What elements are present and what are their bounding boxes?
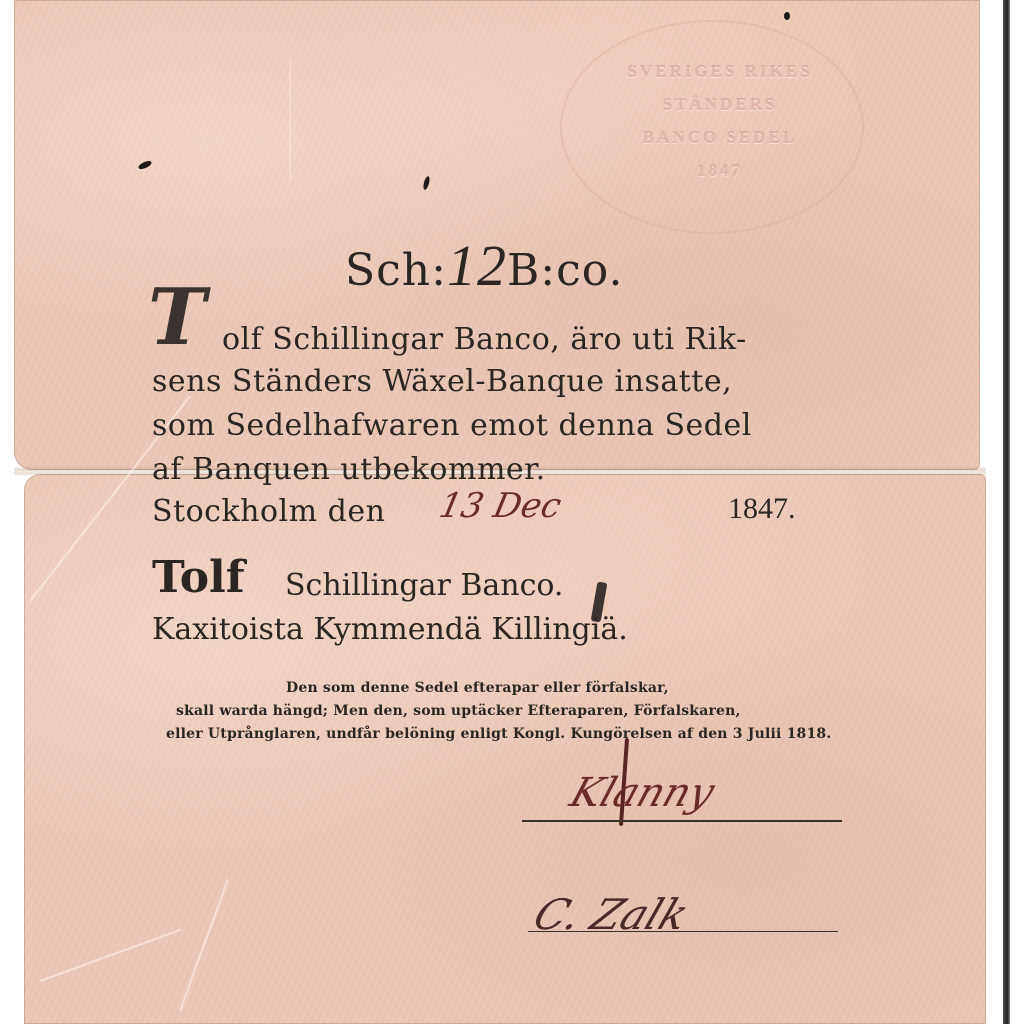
- handwritten-date: 13 Dec: [436, 486, 565, 526]
- body-line: sens Ständers Wäxel-Banque insatte,: [152, 364, 732, 399]
- counterfeit-warning-line: eller Utprånglaren, undfår belöning enli…: [166, 726, 831, 742]
- signature-1: Klanny: [565, 770, 721, 816]
- body-line: af Banquen utbekommer.: [152, 452, 546, 487]
- counterfeit-warning-line: skall warda hängd; Men den, som uptäcker…: [176, 703, 741, 719]
- finnish-amount-line: Kaxitoista Kymmendä Killingiä.: [152, 612, 628, 647]
- denomination-suffix: B:co.: [507, 245, 624, 296]
- issue-year: 1847.: [728, 492, 796, 526]
- signature-line-2: [528, 931, 838, 932]
- signature-line-1: [522, 820, 842, 822]
- watermark-line: 1847: [590, 154, 850, 187]
- watermark-line: BANCO SEDEL: [590, 121, 850, 154]
- body-line: olf Schillingar Banco, äro uti Rik-: [222, 322, 747, 357]
- frame-border-line: [1003, 0, 1010, 1024]
- place-date-line: Stockholm den: [152, 494, 385, 529]
- denomination-number: 12: [447, 233, 507, 298]
- watermark-text: SVERIGES RIKES STÄNDERS BANCO SEDEL 1847: [590, 55, 850, 187]
- amount-word-large: Tolf: [152, 552, 245, 603]
- body-line: som Sedelhafwaren emot denna Sedel: [152, 408, 752, 443]
- counterfeit-warning-line: Den som denne Sedel efterapar eller förf…: [286, 680, 669, 696]
- paper-crack: [289, 61, 291, 181]
- amount-word-rest: Schillingar Banco.: [285, 568, 563, 603]
- watermark-line: STÄNDERS: [590, 88, 850, 121]
- scan-canvas: SVERIGES RIKES STÄNDERS BANCO SEDEL 1847…: [0, 0, 1024, 1024]
- denomination-prefix: Sch:: [345, 245, 447, 296]
- drop-cap-letter: T: [148, 278, 220, 358]
- ink-blot: [784, 12, 790, 20]
- watermark-line: SVERIGES RIKES: [590, 55, 850, 88]
- denomination-heading: Sch:12B:co.: [345, 232, 623, 299]
